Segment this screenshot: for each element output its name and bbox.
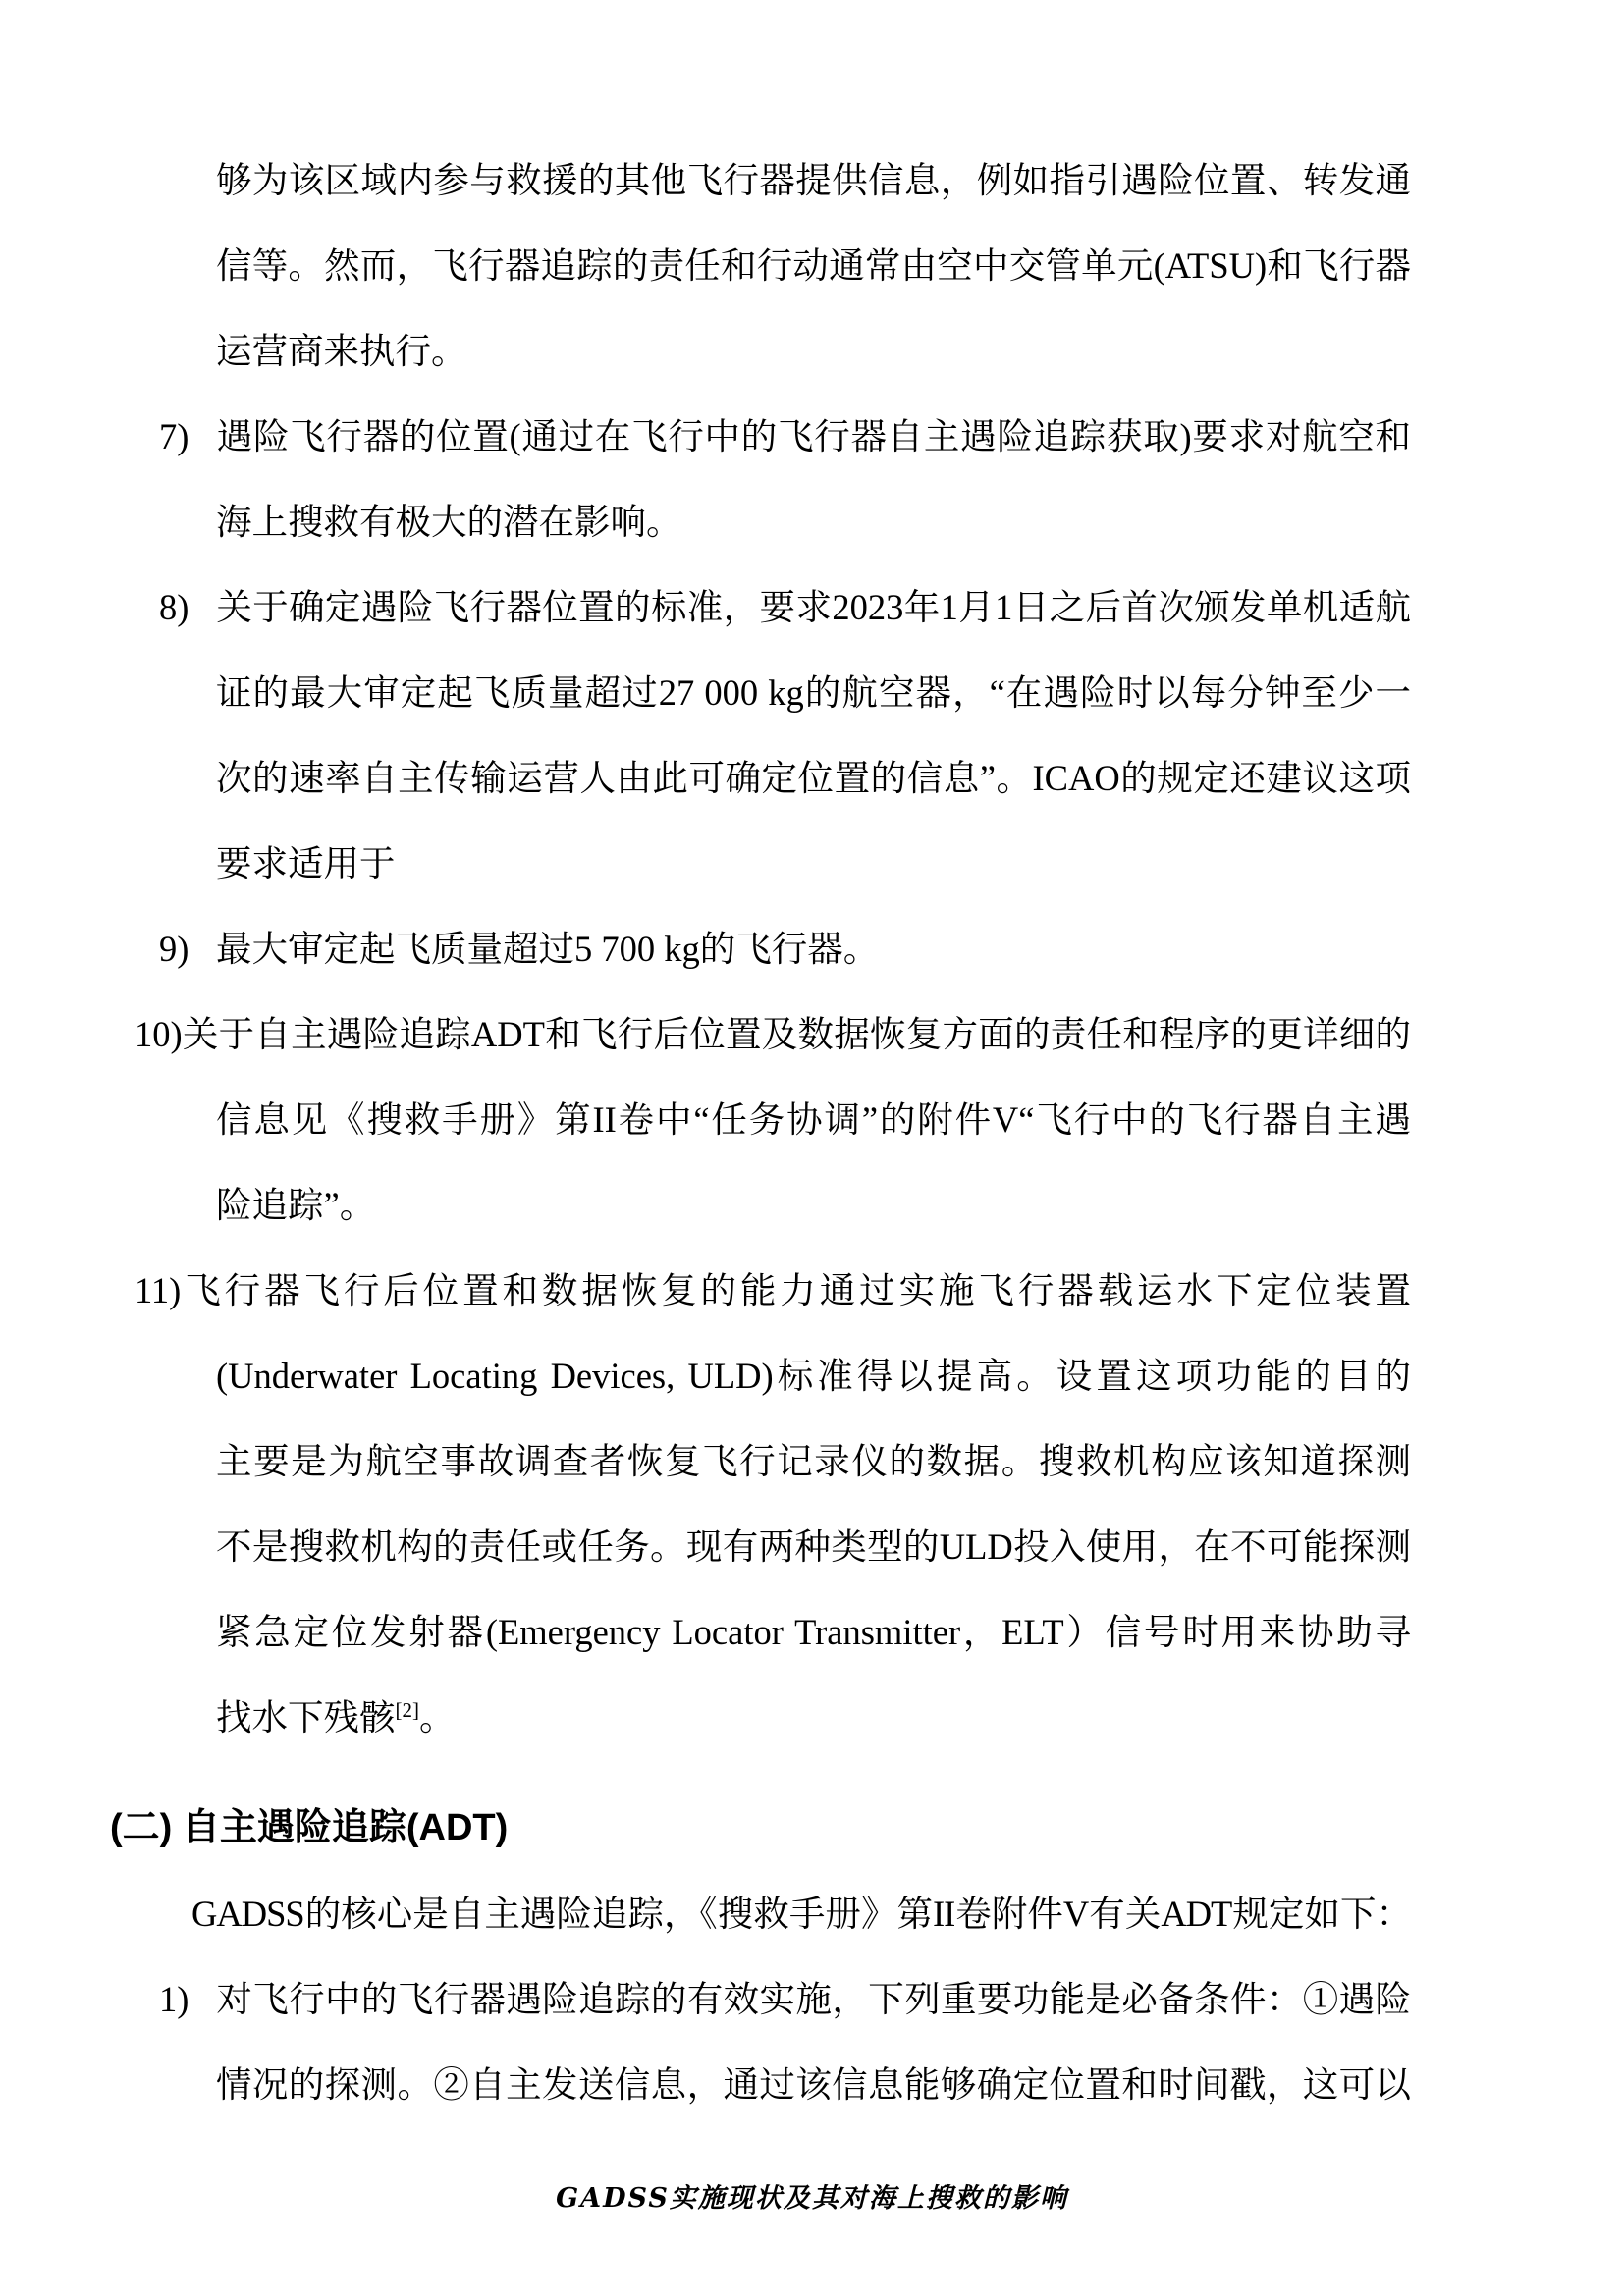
document-page: { "document": { "footer": "GADSS实施现状及其对海… (0, 0, 1624, 2296)
list-item-line: 11)飞行器飞行后位置和数据恢复的能力通过实施飞行器载运水下定位装置 (0, 1248, 1411, 1333)
document-body: 够为该区域内参与救援的其他飞行器提供信息，例如指引遇险位置、转发通信等。然而，飞… (0, 137, 1411, 2127)
text-line: 信息见《搜救手册》第II卷中“任务协调”的附件V“飞行中的飞行器自主遇 (0, 1077, 1411, 1162)
list-item-line: 9)最大审定起飞质量超过5 700 kg的飞行器。 (0, 906, 1411, 991)
text-run: 对飞行中的飞行器遇险追踪的有效实施，下列重要功能是必备条件：①遇险 (216, 1979, 1411, 2019)
footnote-reference: [2] (396, 1698, 420, 1722)
text-run: 运营商来执行。 (216, 331, 467, 371)
text-line: 海上搜救有极大的潜在影响。 (0, 479, 1411, 564)
text-run: 情况的探测。②自主发送信息，通过该信息能够确定位置和时间戳，这可以 (216, 2064, 1411, 2105)
page-footer: GADSS实施现状及其对海上搜救的影响 (0, 2177, 1624, 2220)
paragraph-line: GADSS的核心是自主遇险追踪，《搜救手册》第II卷附件V有关ADT规定如下： (0, 1871, 1411, 1956)
text-run: 证的最大审定起飞质量超过27 000 kg的航空器，“在遇险时以每分钟至少一 (216, 672, 1411, 713)
list-item-number: 11) (135, 1248, 181, 1333)
text-run: 找水下残骸 (216, 1697, 396, 1737)
text-run: 关于确定遇险飞行器位置的标准，要求2023年1月1日之后首次颁发单机适航 (216, 587, 1411, 627)
text-run: 飞行器飞行后位置和数据恢复的能力通过实施飞行器载运水下定位装置 (181, 1270, 1411, 1310)
text-run: 信等。然而，飞行器追踪的责任和行动通常由空中交管单元(ATSU)和飞行器 (216, 245, 1411, 286)
text-run: 不是搜救机构的责任或任务。现有两种类型的ULD投入使用，在不可能探测到 (216, 1526, 1411, 1589)
text-line: 证的最大审定起飞质量超过27 000 kg的航空器，“在遇险时以每分钟至少一 (0, 650, 1411, 735)
list-item-number: 10) (135, 991, 183, 1077)
text-run: 主要是为航空事故调查者恢复飞行记录仪的数据。搜救机构应该知道探测ULD (216, 1441, 1411, 1504)
text-run: (二) 自主遇险追踪(ADT) (110, 1807, 508, 1848)
text-line: 要求适用于 (0, 821, 1411, 906)
list-item-number: 8) (159, 564, 216, 650)
text-run: 。 (419, 1697, 456, 1737)
list-item-number: 9) (159, 906, 216, 991)
text-run: 紧急定位发射器(Emergency Locator Transmitter，EL… (216, 1612, 1411, 1652)
text-run: (Underwater Locating Devices, ULD)标准得以提高… (216, 1356, 1411, 1396)
text-line: 紧急定位发射器(Emergency Locator Transmitter，EL… (0, 1589, 1411, 1675)
text-line: 不是搜救机构的责任或任务。现有两种类型的ULD投入使用，在不可能探测到 (0, 1504, 1411, 1589)
section-heading: (二) 自主遇险追踪(ADT) (0, 1786, 1411, 1871)
text-run: GADSS的核心是自主遇险追踪，《搜救手册》第II卷附件V有关ADT规定如下： (191, 1894, 1411, 1934)
text-line: 次的速率自主传输运营人由此可确定位置的信息”。ICAO的规定还建议这项 (0, 735, 1411, 821)
text-line: 情况的探测。②自主发送信息，通过该信息能够确定位置和时间戳，这可以 (0, 2042, 1411, 2127)
list-item-number: 1) (159, 1956, 216, 2042)
list-item-line: 1)对飞行中的飞行器遇险追踪的有效实施，下列重要功能是必备条件：①遇险 (0, 1956, 1411, 2042)
list-item-line: 8)关于确定遇险飞行器位置的标准，要求2023年1月1日之后首次颁发单机适航 (0, 564, 1411, 650)
list-item-line: 7)遇险飞行器的位置(通过在飞行中的飞行器自主遇险追踪获取)要求对航空和 (0, 394, 1411, 479)
list-item-line: 10)关于自主遇险追踪ADT和飞行后位置及数据恢复方面的责任和程序的更详细的 (0, 991, 1411, 1077)
text-line: 运营商来执行。 (0, 308, 1411, 394)
text-run: 够为该区域内参与救援的其他飞行器提供信息，例如指引遇险位置、转发通 (216, 160, 1411, 200)
text-run: 要求适用于 (216, 843, 396, 883)
list-item-number: 7) (159, 394, 216, 479)
text-line: 够为该区域内参与救援的其他飞行器提供信息，例如指引遇险位置、转发通 (0, 137, 1411, 223)
text-line: 主要是为航空事故调查者恢复飞行记录仪的数据。搜救机构应该知道探测ULD (0, 1418, 1411, 1504)
text-line: 险追踪”。 (0, 1162, 1411, 1248)
text-run: 信息见《搜救手册》第II卷中“任务协调”的附件V“飞行中的飞行器自主遇 (216, 1099, 1411, 1140)
text-line: (Underwater Locating Devices, ULD)标准得以提高… (0, 1333, 1411, 1418)
text-run: 关于自主遇险追踪ADT和飞行后位置及数据恢复方面的责任和程序的更详细的 (183, 1014, 1411, 1054)
text-line: 信等。然而，飞行器追踪的责任和行动通常由空中交管单元(ATSU)和飞行器 (0, 223, 1411, 308)
text-run: 险追踪”。 (216, 1185, 375, 1225)
text-run: 遇险飞行器的位置(通过在飞行中的飞行器自主遇险追踪获取)要求对航空和 (216, 416, 1411, 456)
text-run: 海上搜救有极大的潜在影响。 (216, 502, 682, 542)
text-line: 找水下残骸[2]。 (0, 1675, 1411, 1760)
text-run: 最大审定起飞质量超过5 700 kg的飞行器。 (216, 929, 879, 969)
text-run: 次的速率自主传输运营人由此可确定位置的信息”。ICAO的规定还建议这项 (216, 758, 1411, 798)
